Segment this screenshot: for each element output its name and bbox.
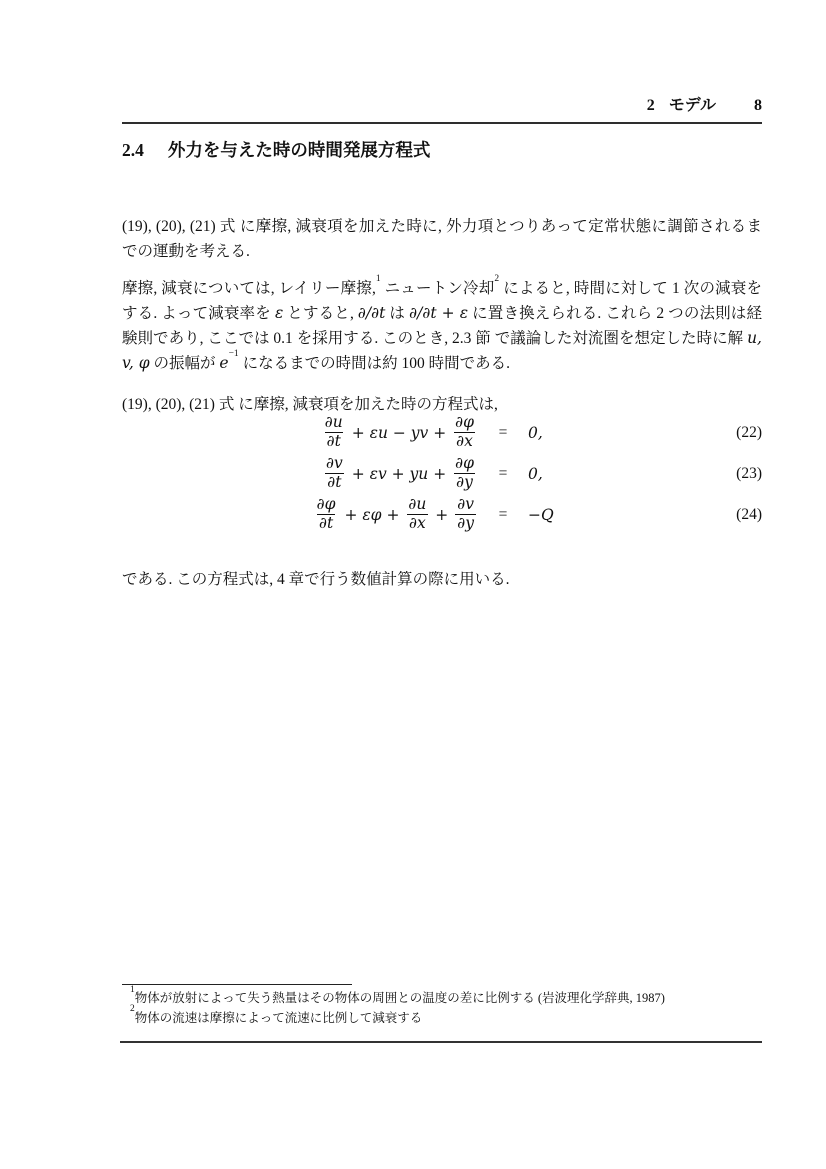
superscript-text: −1 (229, 349, 239, 359)
paper-page: 2 モデル 8 2.4 外力を与えた時の時間発展方程式 (19), (20), … (0, 0, 826, 1169)
footnote-rule (122, 984, 352, 985)
superscript-text: 1 (376, 274, 381, 284)
equation-term: + εv + yu + (347, 465, 451, 483)
equation-block: ∂u∂t + εu − yv + ∂φ∂x = 0, (22) ∂v∂t + ε… (122, 412, 762, 535)
inline-math: ∂/∂t (358, 304, 385, 322)
equation-23-lhs: ∂v∂t + εv + yu + ∂φ∂y (322, 455, 478, 492)
inline-math: e (219, 354, 228, 372)
equation-24-relation: = (499, 506, 508, 524)
fraction: ∂φ∂t (315, 496, 338, 533)
fraction-numerator: ∂v (324, 455, 345, 473)
header-section-title: モデル (669, 92, 716, 115)
superscript-text: 2 (494, 274, 499, 284)
section-heading-number: 2.4 (122, 140, 144, 161)
equation-23: ∂v∂t + εv + yu + ∂φ∂y = 0, (23) (122, 453, 762, 494)
fraction-denominator: ∂t (325, 432, 343, 451)
footnote-1-text: 物体が放射によって失う熱量はその物体の周囲との温度の差に比例する (岩波理化学辞… (135, 991, 665, 1005)
section-heading-title: 外力を与えた時の時間発展方程式 (168, 137, 431, 162)
footnote-2: 2物体の流速は摩擦によって流速に比例して減衰する (122, 1009, 762, 1029)
footnote-1: 1物体が放射によって失う熱量はその物体の周囲との温度の差に比例する (岩波理化学… (122, 989, 762, 1009)
equation-23-rhs: 0, (528, 465, 543, 483)
footnote-2-text: 物体の流速は摩擦によって流速に比例して減衰する (135, 1011, 423, 1025)
fraction-denominator: ∂t (317, 514, 335, 533)
fraction-numerator: ∂φ (453, 455, 476, 473)
section-heading: 2.4 外力を与えた時の時間発展方程式 (122, 137, 762, 162)
equation-23-relation: = (499, 465, 508, 483)
footnotes: 1物体が放射によって失う熱量はその物体の周囲との温度の差に比例する (岩波理化学… (122, 989, 762, 1028)
equation-22-rhs: 0, (528, 424, 543, 442)
equation-22-lhs: ∂u∂t + εu − yv + ∂φ∂x (321, 414, 478, 451)
fraction: ∂u∂t (323, 414, 345, 451)
running-header: 2 モデル 8 (122, 92, 762, 124)
equation-22-relation: = (499, 424, 508, 442)
header-page-number: 8 (754, 97, 762, 115)
equation-23-number: (23) (736, 465, 762, 483)
fraction-denominator: ∂t (325, 473, 343, 492)
fraction-denominator: ∂x (407, 514, 428, 533)
header-section-number: 2 (647, 97, 655, 115)
equation-24: ∂φ∂t + εφ + ∂u∂x + ∂v∂y = −Q (24) (122, 494, 762, 535)
body-text: とすると, (283, 305, 358, 322)
paragraph-1: (19), (20), (21) 式 に摩擦, 減衰項を加えた時に, 外力項とつ… (122, 214, 762, 264)
fraction-numerator: ∂φ (453, 414, 476, 432)
equation-24-number: (24) (736, 506, 762, 524)
body-text: 摩擦, 減衰については, レイリー摩擦, (122, 280, 376, 297)
fraction-denominator: ∂y (455, 514, 476, 533)
fraction: ∂φ∂y (453, 455, 476, 492)
fraction-numerator: ∂φ (315, 496, 338, 514)
body-text: ニュートン冷却 (381, 280, 495, 297)
footnote-1-marker: 1 (130, 985, 135, 995)
paragraph-2: 摩擦, 減衰については, レイリー摩擦,1 ニュートン冷却2 によると, 時間に… (122, 276, 762, 376)
equation-term: + (430, 506, 453, 524)
footnote-2-marker: 2 (130, 1004, 135, 1014)
fraction: ∂u∂x (406, 496, 428, 533)
equation-24-lhs: ∂φ∂t + εφ + ∂u∂x + ∂v∂y (313, 496, 478, 533)
bottom-page-rule (120, 1041, 762, 1043)
body-text: の振幅が (150, 355, 220, 372)
body-text: は (385, 305, 409, 322)
fraction-denominator: ∂y (454, 473, 475, 492)
fraction-denominator: ∂x (454, 432, 475, 451)
fraction: ∂v∂y (455, 496, 476, 533)
fraction: ∂v∂t (324, 455, 345, 492)
equation-24-rhs: −Q (528, 506, 554, 524)
fraction-numerator: ∂u (406, 496, 428, 514)
fraction-numerator: ∂u (323, 414, 345, 432)
fraction: ∂φ∂x (453, 414, 476, 451)
fraction-numerator: ∂v (455, 496, 476, 514)
equation-22-number: (22) (736, 424, 762, 442)
body-text: になるまでの時間は約 100 時間である. (239, 355, 510, 372)
inline-math: ∂/∂t + ε (409, 304, 468, 322)
paragraph-4: である. この方程式は, 4 章で行う数値計算の際に用いる. (122, 567, 762, 592)
equation-22: ∂u∂t + εu − yv + ∂φ∂x = 0, (22) (122, 412, 762, 453)
equation-term: + εφ + (340, 506, 405, 524)
equation-term: + εu − yv + (347, 424, 451, 442)
